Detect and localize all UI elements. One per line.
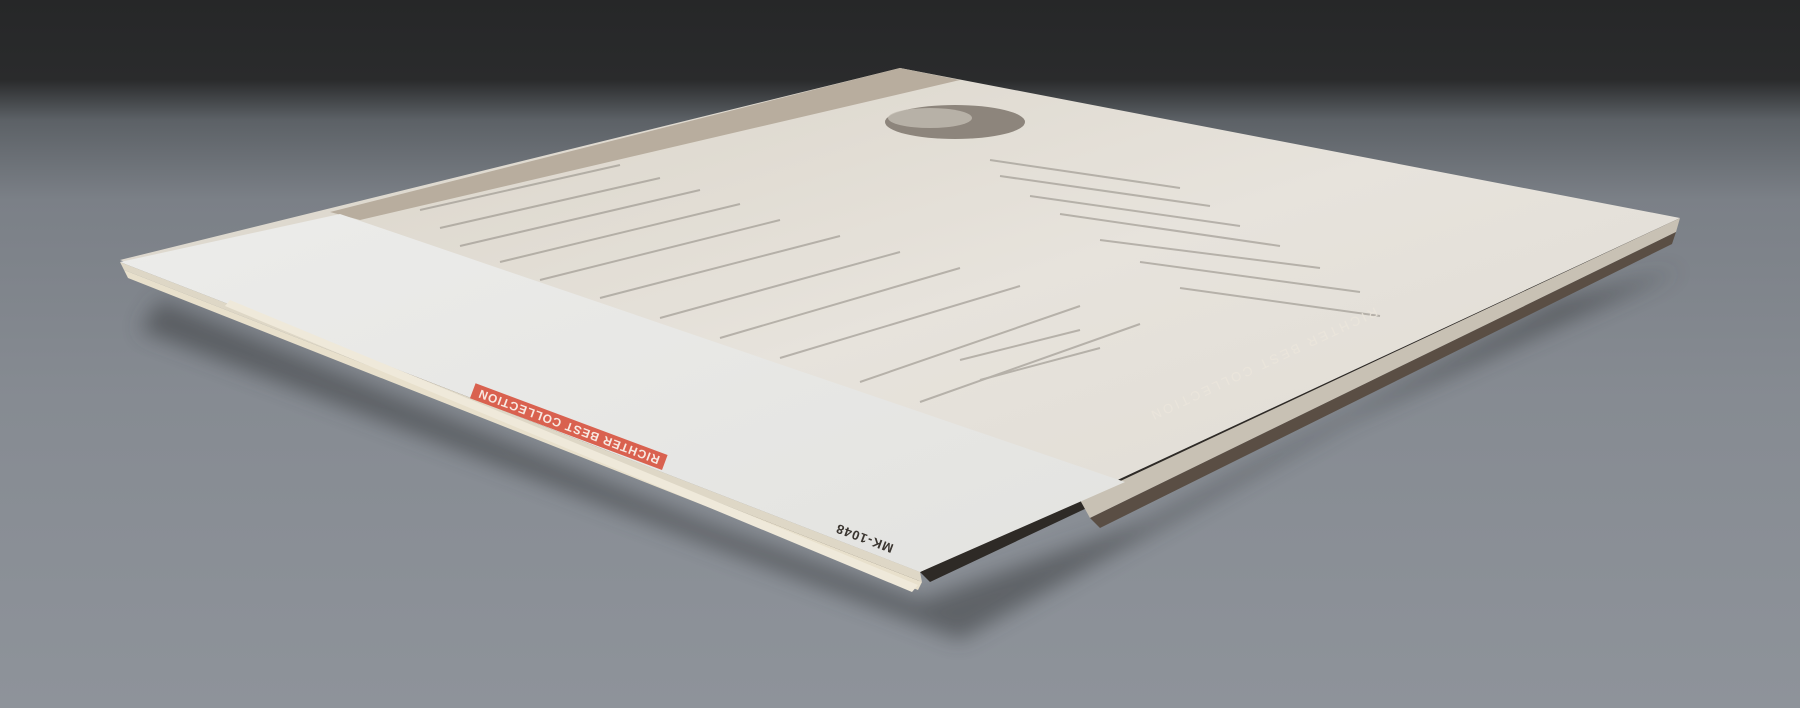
photo-scene: RICHTER BEST COLLECTION MK-1048 RICHTER …: [0, 0, 1800, 708]
portrait-highlight: [888, 108, 972, 128]
record-sleeve-illustration: [0, 0, 1800, 708]
